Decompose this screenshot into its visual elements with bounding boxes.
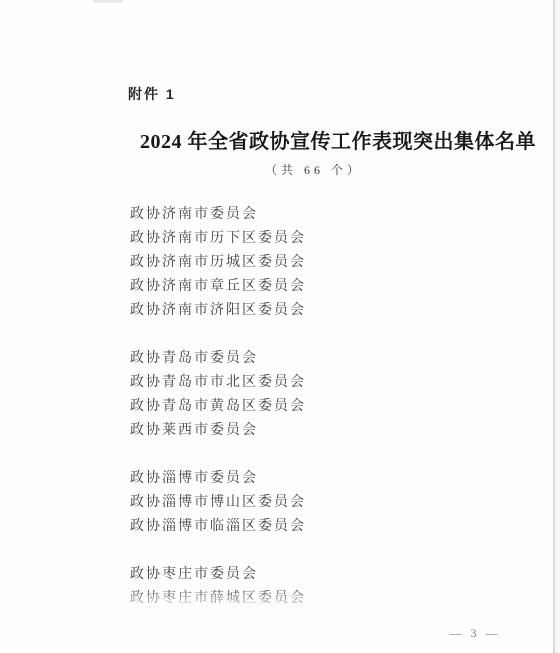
list-group-zibo: 政协淄博市委员会 政协淄博市博山区委员会 政协淄博市临淄区委员会 [130, 467, 460, 539]
page-edge-strip [555, 0, 560, 653]
list-item: 政协青岛市委员会 [130, 347, 460, 371]
document-title: 2024 年全省政协宣传工作表现突出集体名单 [140, 129, 488, 155]
committee-list: 政协济南市委员会 政协济南市历下区委员会 政协济南市历城区委员会 政协济南市章丘… [130, 203, 460, 635]
list-item: 政协淄博市临淄区委员会 [130, 515, 460, 539]
scan-artifact [93, 0, 123, 3]
list-item: 政协枣庄市委员会 [130, 563, 460, 587]
page-number: — 3 — [430, 626, 520, 641]
list-item: 政协枣庄市薛城区委员会 [130, 587, 460, 611]
list-item: 政协济南市委员会 [130, 203, 460, 227]
list-group-qingdao: 政协青岛市委员会 政协青岛市市北区委员会 政协青岛市黄岛区委员会 政协莱西市委员… [130, 347, 460, 443]
list-item: 政协青岛市黄岛区委员会 [130, 395, 460, 419]
list-item: 政协济南市历城区委员会 [130, 251, 460, 275]
list-item: 政协淄博市委员会 [130, 467, 460, 491]
list-group-zaozhuang: 政协枣庄市委员会 政协枣庄市薛城区委员会 [130, 563, 460, 611]
attachment-label: 附件 1 [128, 84, 176, 104]
list-group-jinan: 政协济南市委员会 政协济南市历下区委员会 政协济南市历城区委员会 政协济南市章丘… [130, 203, 460, 323]
list-item: 政协济南市章丘区委员会 [130, 275, 460, 299]
list-item: 政协莱西市委员会 [130, 419, 460, 443]
list-item: 政协济南市济阳区委员会 [130, 299, 460, 323]
document-header: 2024 年全省政协宣传工作表现突出集体名单 （共 66 个） [140, 129, 488, 178]
list-item: 政协济南市历下区委员会 [130, 227, 460, 251]
list-item: 政协青岛市市北区委员会 [130, 371, 460, 395]
list-item: 政协淄博市博山区委员会 [130, 491, 460, 515]
count-subtitle: （共 66 个） [140, 162, 488, 178]
document-page: 附件 1 2024 年全省政协宣传工作表现突出集体名单 （共 66 个） 政协济… [0, 0, 560, 653]
